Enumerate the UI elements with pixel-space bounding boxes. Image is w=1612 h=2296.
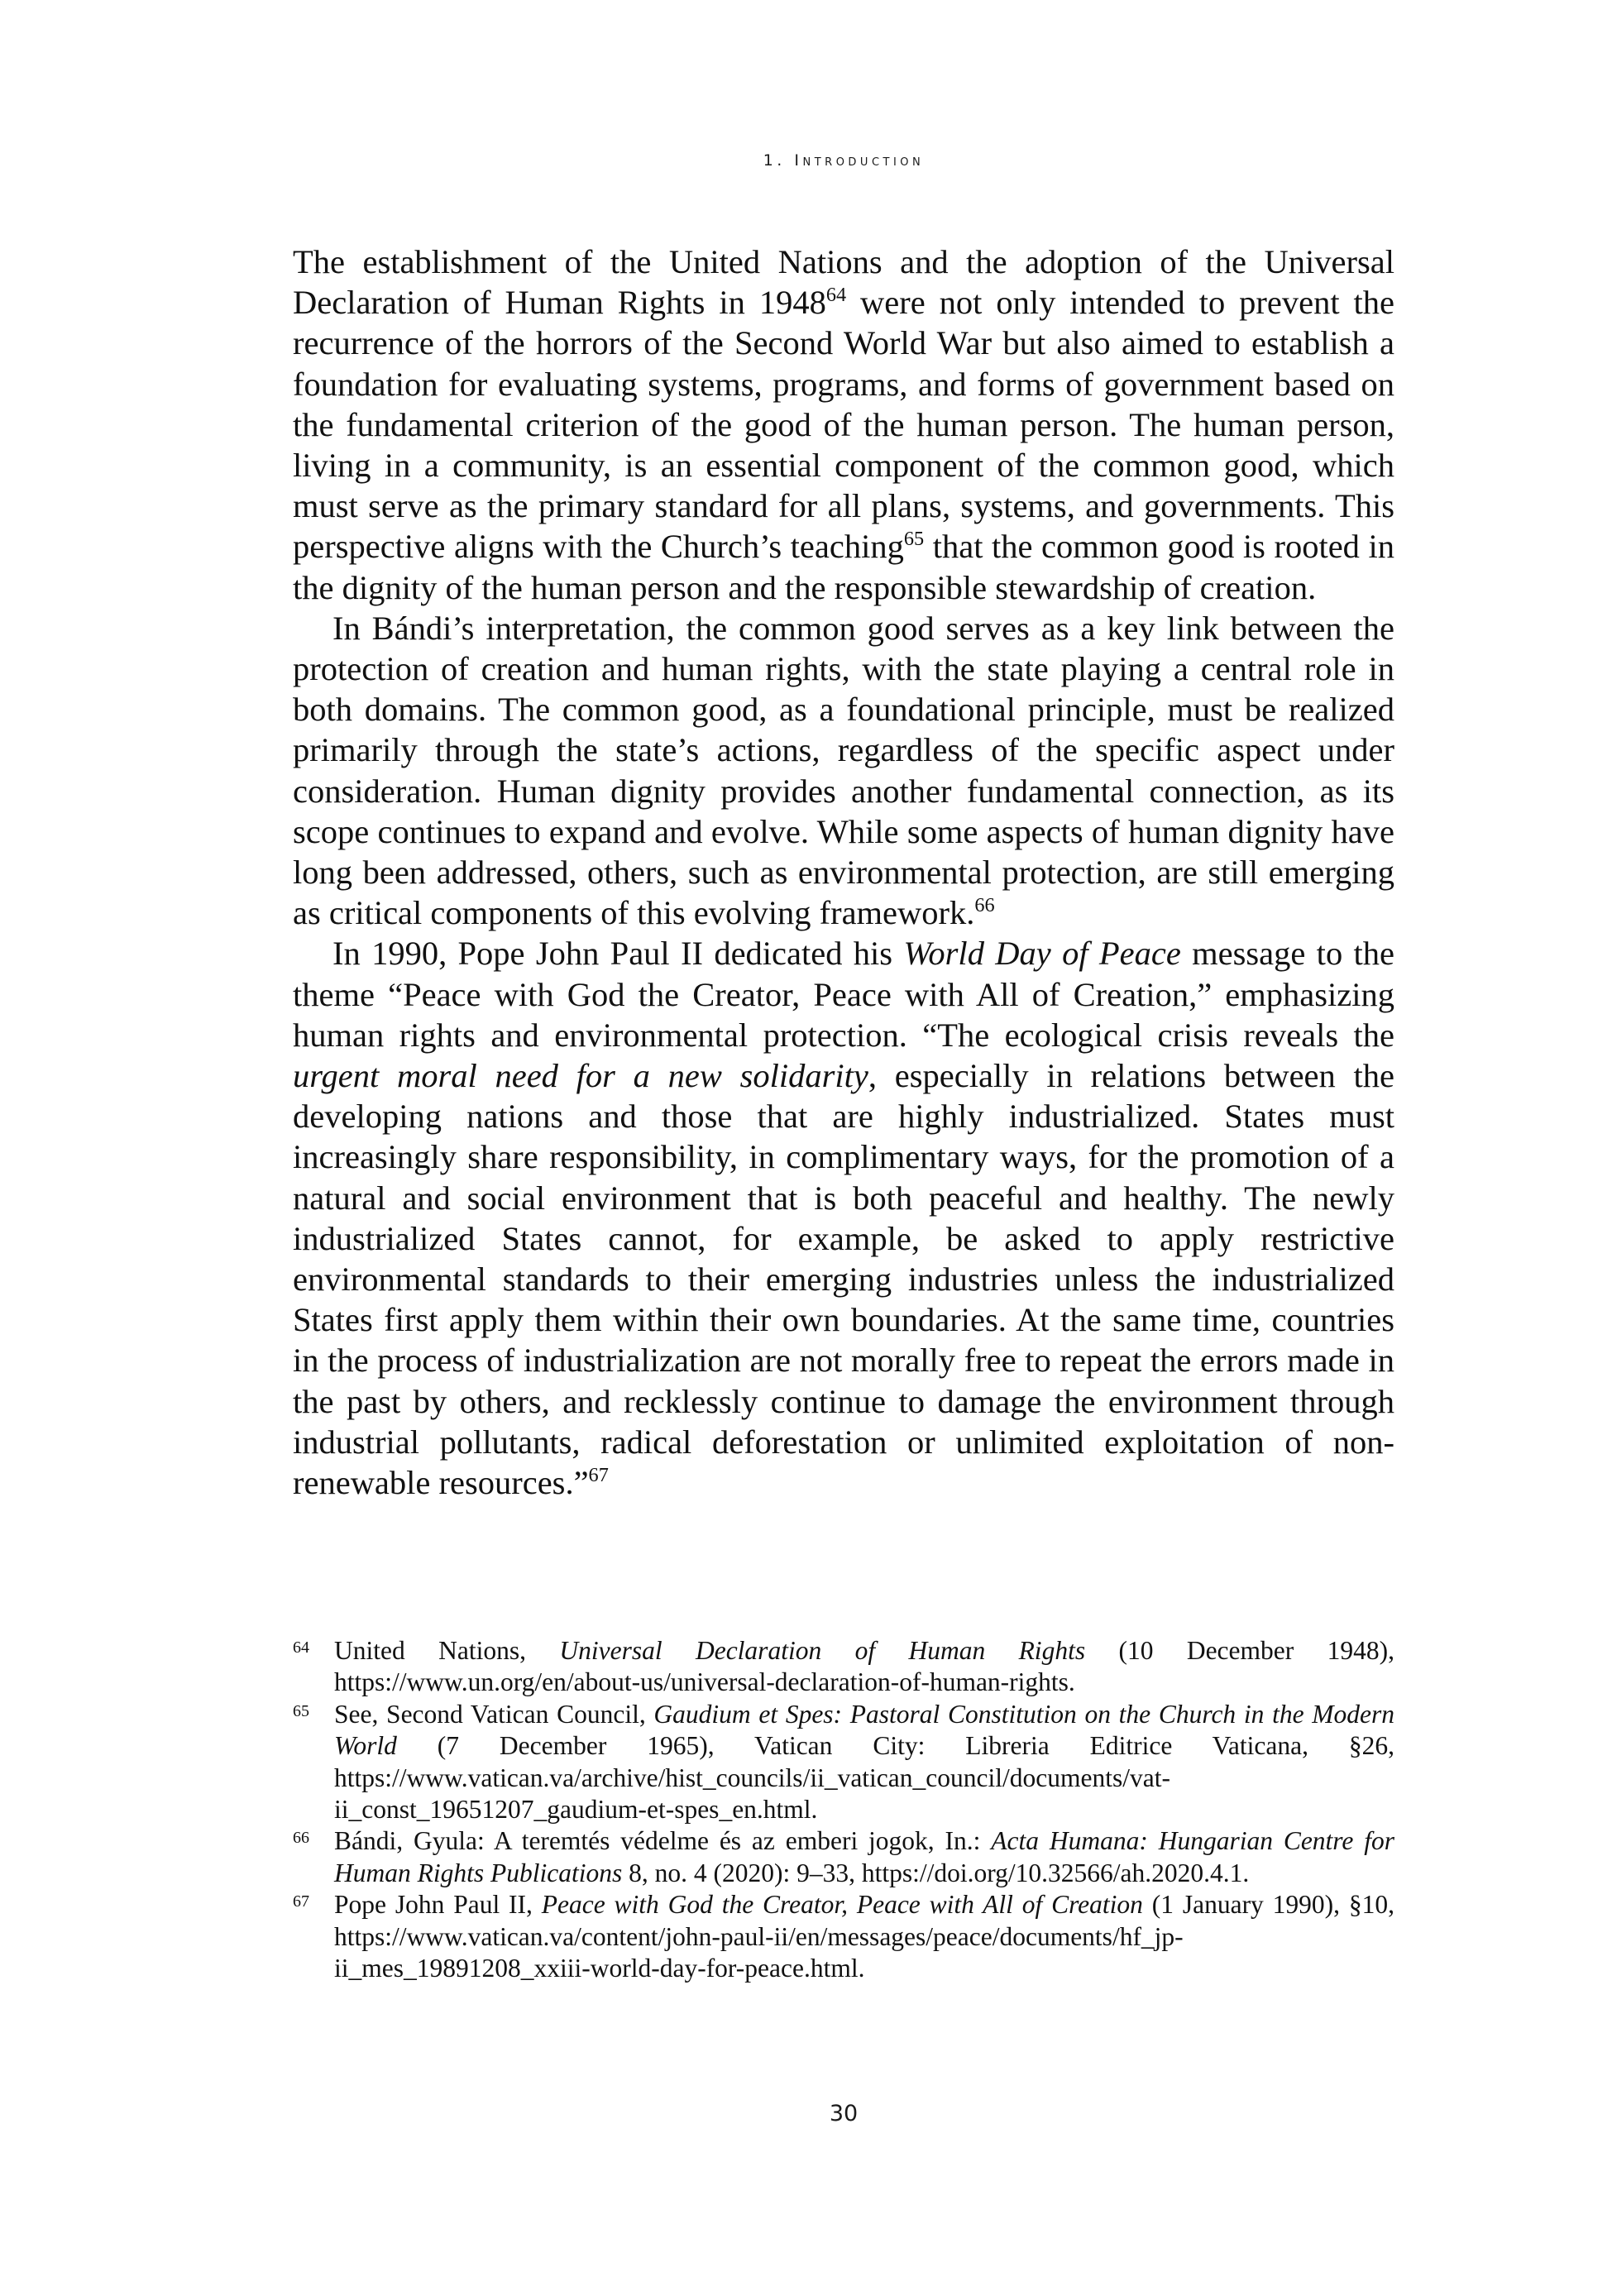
italic-text: World Day of Peace — [903, 935, 1180, 972]
italic-text: Peace with God the Creator, Peace with A… — [542, 1890, 1143, 1919]
paragraph: In 1990, Pope John Paul II dedicated his… — [293, 933, 1394, 1503]
footnote-reference: 67 — [589, 1464, 609, 1486]
italic-text: Gaudium et Spes: Pastoral Constitution o… — [334, 1700, 1394, 1760]
italic-text: Acta Humana: Hungarian Centre for Human … — [334, 1826, 1394, 1887]
paragraph: In Bándi’s interpretation, the common go… — [293, 608, 1394, 934]
italic-text: Universal Declaration of Human Rights — [559, 1636, 1085, 1665]
footnote-number: 66 — [293, 1825, 309, 1850]
footnote-text: Pope John Paul II, Peace with God the Cr… — [334, 1890, 1394, 1983]
body-text: The establishment of the United Nations … — [293, 242, 1394, 1503]
footnote-reference: 65 — [904, 528, 924, 550]
italic-text: urgent moral need for a new solidarity — [293, 1057, 868, 1094]
footnote-reference: 66 — [974, 894, 994, 916]
footnote: 64 United Nations, Universal Declaration… — [293, 1635, 1394, 1699]
page-number: 30 — [293, 2101, 1394, 2126]
paragraph: The establishment of the United Nations … — [293, 242, 1394, 608]
footnote-text: Bándi, Gyula: A teremtés védelme és az e… — [334, 1826, 1394, 1887]
footnote-text: See, Second Vatican Council, Gaudium et … — [334, 1700, 1394, 1824]
footnote-number: 64 — [293, 1635, 309, 1660]
footnote-number: 65 — [293, 1699, 309, 1724]
footnote-reference: 64 — [826, 284, 846, 306]
footnote-text: United Nations, Universal Declaration of… — [334, 1636, 1394, 1696]
footnote: 67 Pope John Paul II, Peace with God the… — [293, 1889, 1394, 1984]
footnote: 65 See, Second Vatican Council, Gaudium … — [293, 1699, 1394, 1826]
footnote-number: 67 — [293, 1889, 309, 1914]
running-head: 1. Introduction — [293, 151, 1394, 170]
footnotes: 64 United Nations, Universal Declaration… — [293, 1635, 1394, 1984]
footnote: 66 Bándi, Gyula: A teremtés védelme és a… — [293, 1825, 1394, 1889]
